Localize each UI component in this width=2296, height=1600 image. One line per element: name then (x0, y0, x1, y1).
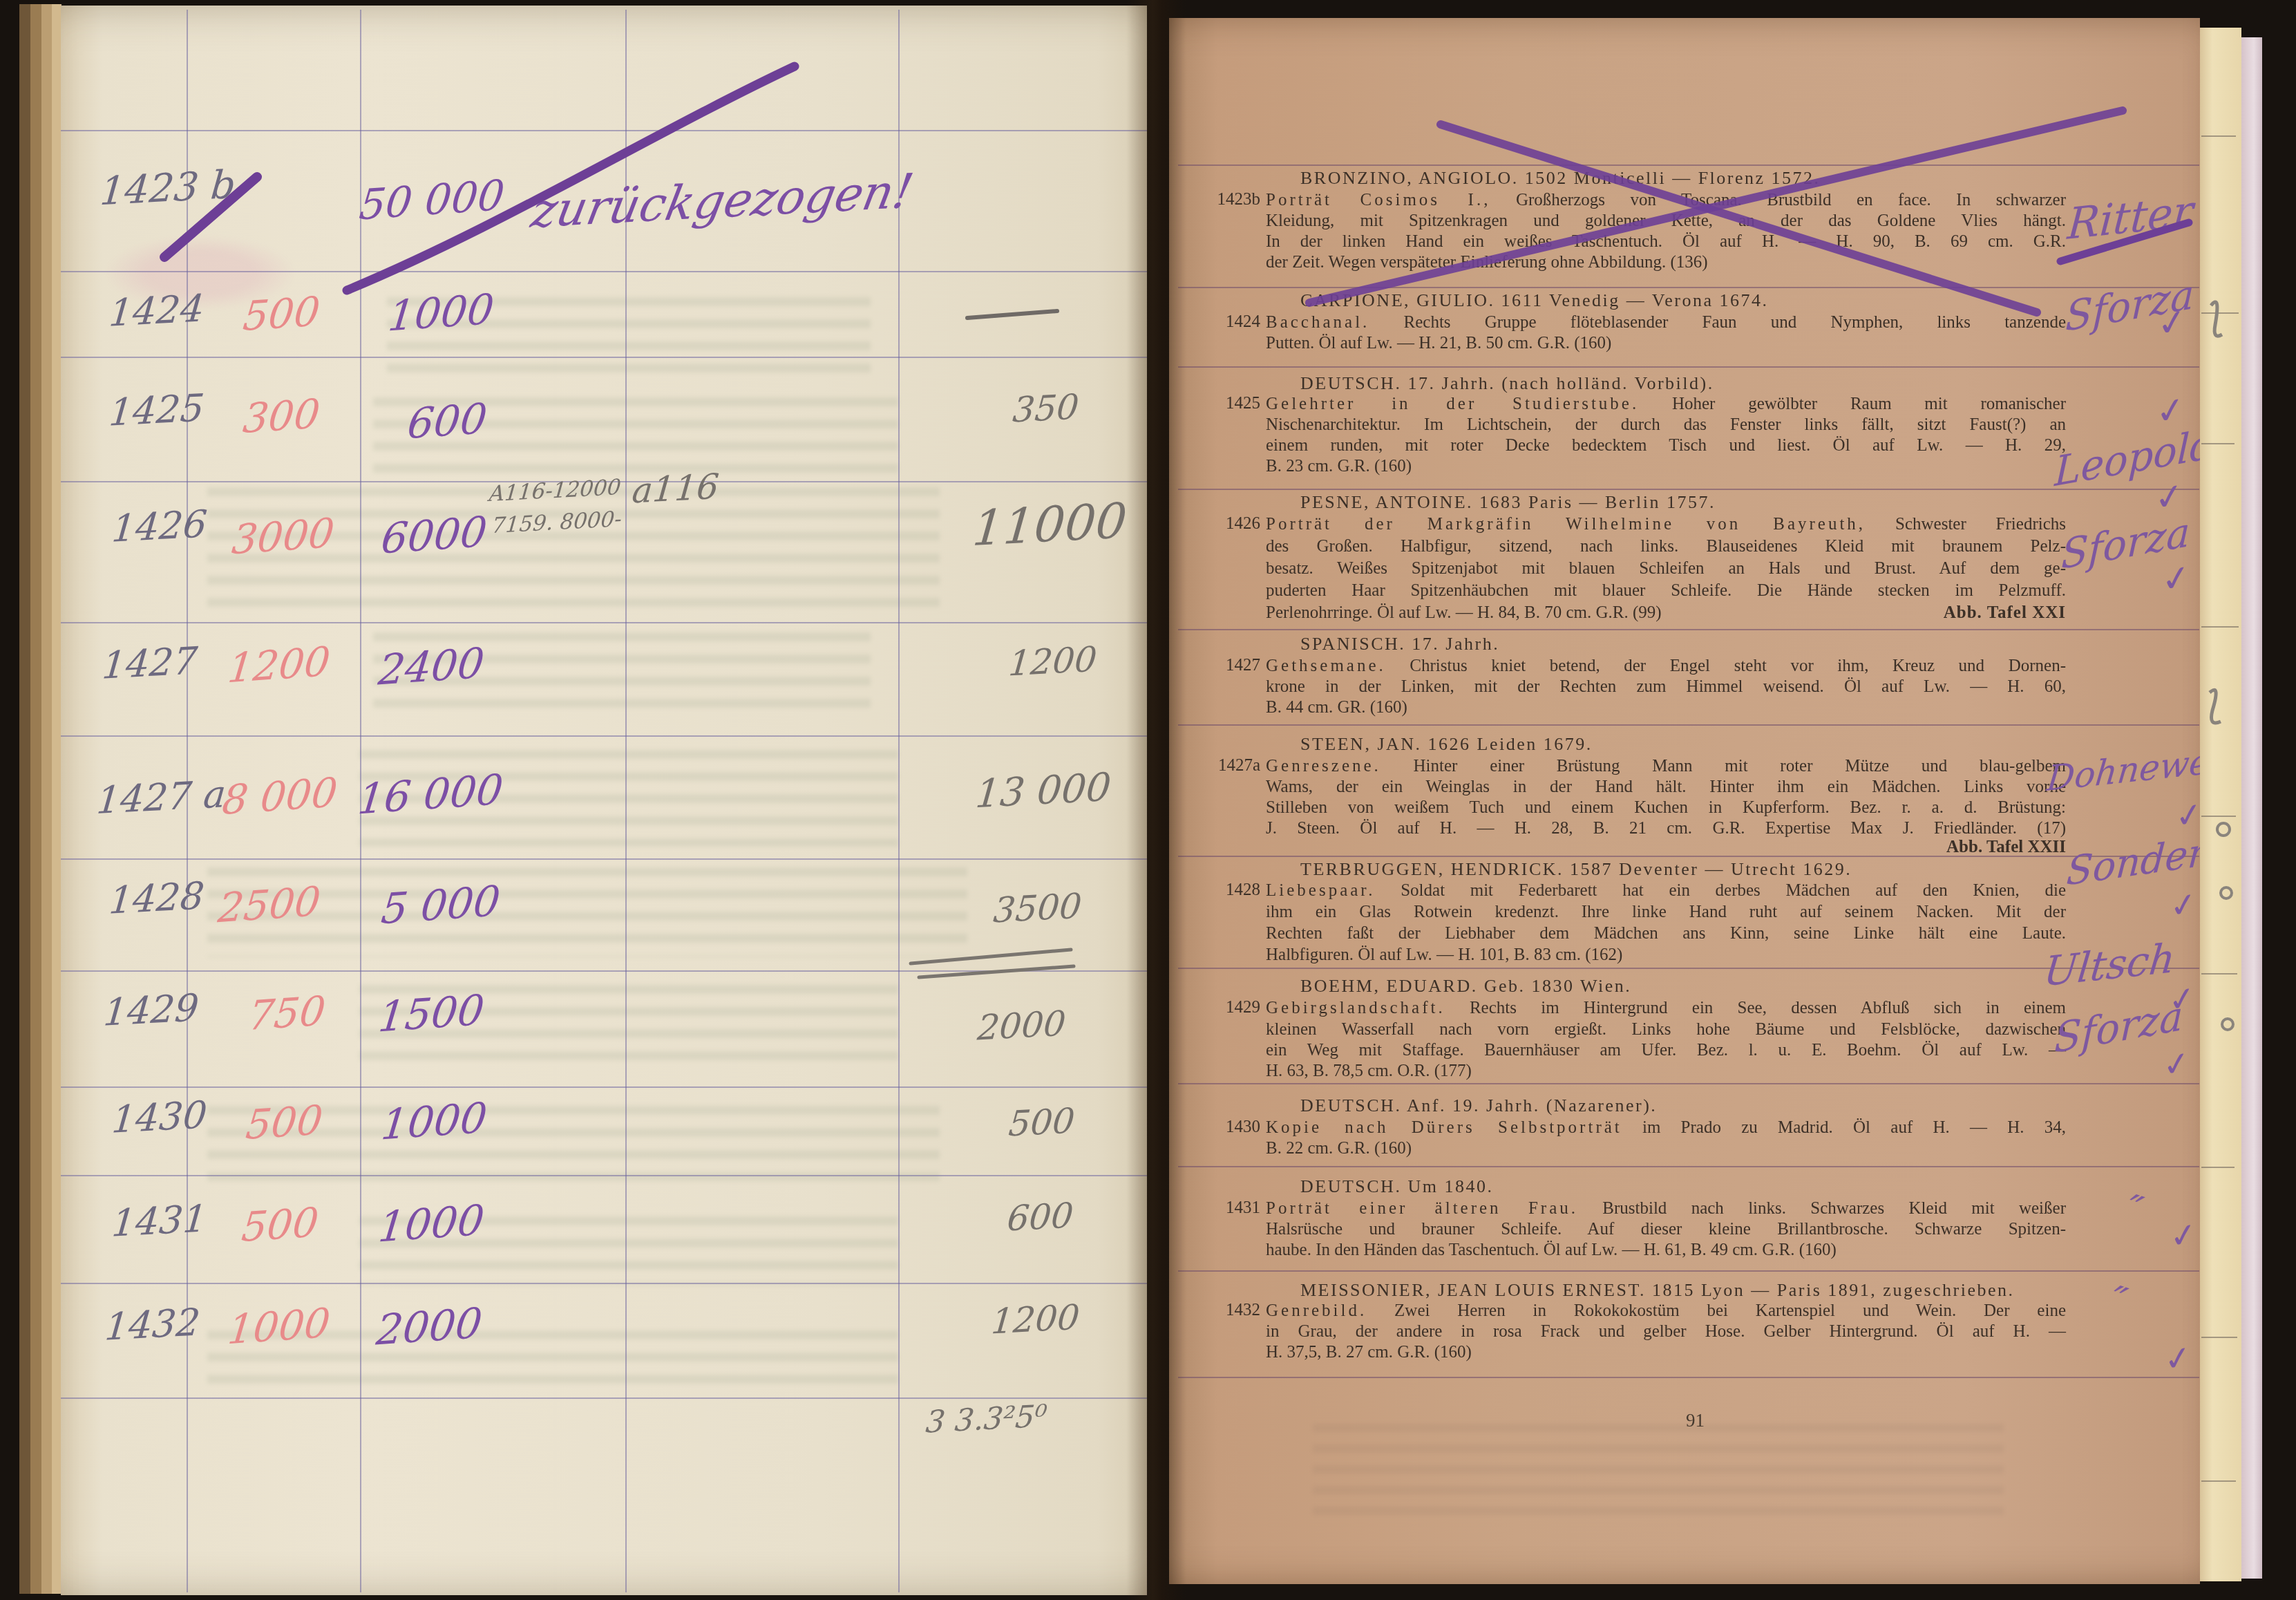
section-rule (1178, 629, 2199, 630)
ledger-rule (61, 1283, 1147, 1284)
result-price-pencil: 3500 (992, 885, 1083, 930)
result-price-pencil: 13 000 (974, 765, 1112, 818)
entry-text: Soldat mit Federbarett hat ein derbes Mä… (1376, 881, 2066, 900)
catalog-number: 1423b (1201, 190, 1260, 209)
limit-price-red: 300 (241, 390, 323, 442)
book-page-edges (41, 4, 52, 1594)
catalog-number: 1429 (1201, 998, 1260, 1017)
entry-line: Putten. Öl auf Lw. — H. 21, B. 50 cm. G.… (1266, 333, 2066, 354)
catalog-number: 1428 (1201, 881, 1260, 900)
entry-line: Nischenarchitektur. Im Lichtschein, der … (1266, 415, 2066, 435)
ledger-rule (61, 130, 1147, 131)
section-rule (1178, 489, 2199, 490)
lot-number: 1429 (102, 986, 200, 1035)
entry-line: puderten Haar Spitzenhäubchen mit blauer… (1266, 581, 2066, 601)
artist-header: DEUTSCH. Anf. 19. Jahrh. (Nazarener). (1300, 1095, 2067, 1116)
work-title: Gelehrter in der Studierstube. (1266, 395, 1639, 413)
entry-text: im Prado zu Madrid. Öl auf H. — H. 34, (1622, 1118, 2066, 1137)
checkmark: ✓ (2167, 1214, 2200, 1257)
entry-line: Gelehrter in der Studierstube. Hoher gew… (1266, 394, 2066, 415)
scanned-ledger-book: 1423 b 1424 1425 1426 1427 1427 a 1428 1… (0, 0, 2296, 1600)
ledger-rule (61, 271, 1147, 272)
next-page-edge (2200, 28, 2241, 1581)
limit-price-red: 3000 (230, 509, 336, 564)
entry-line: Halbfiguren. Öl auf Lw. — H. 101, B. 83 … (1266, 945, 2066, 966)
ledger-rule (61, 1175, 1147, 1176)
entry-line: H. 63, B. 78,5 cm. O.R. (177) (1266, 1061, 2066, 1082)
limit-price-red: 500 (244, 1096, 325, 1149)
entry-line: Rechten faßt der Liebhaber dem Mädchen a… (1266, 923, 2066, 944)
artist-header: DEUTSCH. 17. Jahrh. (nach holländ. Vorbi… (1300, 373, 2067, 394)
result-price-pencil: 2000 (976, 1003, 1068, 1048)
lot-number: 1426 (110, 502, 209, 551)
entry-line: Gethsemane. Christus kniet betend, der E… (1266, 656, 2066, 677)
entry-line: des Großen. Halbfigur, sitzend, nach lin… (1266, 536, 2066, 557)
estimate-price-purple: 1000 (376, 1196, 486, 1252)
ruled-tick (2201, 973, 2237, 975)
work-title: Gethsemane. (1266, 657, 1386, 675)
result-price-pencil: — (965, 292, 1005, 336)
artist-header: PESNE, ANTOINE. 1683 Paris — Berlin 1757… (1300, 492, 2067, 513)
entry-text: Rechts im Hintergrund ein See, dessen Ab… (1445, 999, 2066, 1017)
artist-header: MEISSONIER, JEAN LOUIS ERNEST. 1815 Lyon… (1300, 1280, 2067, 1301)
artist-header: TERBRUGGEN, HENDRICK. 1587 Deventer — Ut… (1300, 859, 2067, 880)
sum-note-pencil: 3 3.3²5⁰ (924, 1398, 1048, 1440)
limit-price-red: 2500 (216, 878, 323, 932)
show-through-text (1313, 1424, 2004, 1527)
ledger-rule (61, 970, 1147, 972)
entry-line: ein Weg mit Staffage. Bauernhäuser am Uf… (1266, 1040, 2066, 1061)
ledger-rule (61, 858, 1147, 860)
work-title: Liebespaar. (1266, 881, 1376, 900)
entry-line: B. 23 cm. G.R. (160) (1266, 456, 2066, 477)
entry-line: kleinen Wasserfall nach vorn ergießt. Li… (1266, 1019, 2066, 1040)
lot-number: 1428 (107, 874, 206, 923)
book-page-edges (30, 4, 41, 1594)
estimate-price-purple: 600 (405, 395, 489, 449)
work-title: Bacchanal. (1266, 313, 1369, 332)
catalog-number: 1432 (1201, 1301, 1260, 1320)
catalog-number: 1427 (1201, 656, 1260, 675)
ledger-column-rule (898, 10, 900, 1592)
checkmark: ✓ (2161, 1337, 2194, 1380)
work-title: Kopie nach Dürers Selbstporträt (1266, 1118, 1622, 1137)
ruled-tick (2201, 1167, 2235, 1168)
entry-text: Schwester Friedrichs (1866, 515, 2066, 534)
ledger-rule (61, 1086, 1147, 1088)
work-title: Genreszene. (1266, 757, 1381, 775)
ledger-rule (61, 735, 1147, 737)
book-gutter (1126, 0, 1186, 1600)
ruled-tick (2201, 1337, 2237, 1338)
section-rule (1178, 287, 2199, 288)
lot-number: 1427 a (95, 772, 227, 822)
ruled-tick (2201, 816, 2236, 817)
result-price-pencil: 350 (1012, 386, 1081, 430)
entry-text: Christus kniet betend, der Engel steht v… (1386, 657, 2066, 675)
limit-price-red: 750 (247, 987, 328, 1039)
catalog-number: 1431 (1201, 1198, 1260, 1218)
section-rule (1178, 164, 2199, 166)
entry-text: Rechts Gruppe flöteblasender Faun und Ny… (1369, 313, 2066, 332)
plate-reference: Abb. Tafel XXII (1266, 838, 2066, 857)
section-rule (1178, 724, 2199, 726)
book-page-edges (52, 4, 61, 1594)
entry-line: einem runden, mit roter Decke bedecktem … (1266, 435, 2066, 456)
ledger-rule (61, 1397, 1147, 1399)
result-price-pencil: 600 (1006, 1195, 1075, 1239)
section-rule (1178, 1270, 2199, 1272)
entry-text: Hoher gewölbter Raum mit romanischer (1639, 395, 2066, 413)
page-number: 91 (1686, 1410, 1705, 1431)
entry-line: Stilleben von weißem Tuch und einem Kuch… (1266, 798, 2066, 818)
result-price-pencil: 11000 (971, 492, 1130, 557)
ruled-tick (2201, 135, 2236, 137)
estimate-price-purple: 2000 (374, 1299, 484, 1355)
entry-line: Kleidung, mit Spitzenkragen und goldener… (1266, 211, 2066, 232)
artist-header: STEEN, JAN. 1626 Leiden 1679. (1300, 734, 2067, 755)
ledger-rule (61, 622, 1147, 623)
result-price-pencil: 1200 (1007, 639, 1099, 684)
ledger-rule (61, 357, 1147, 358)
lot-number: 1424 (107, 286, 206, 335)
pencil-reference: a116 (631, 467, 721, 511)
checkmark: ✓ (2167, 884, 2200, 926)
ruled-tick (2201, 1480, 2236, 1482)
checkmark: ✓ (2154, 301, 2190, 346)
ruled-tick (2201, 312, 2239, 314)
entry-line: in Grau, der andere in rosa Frack und ge… (1266, 1321, 2066, 1342)
ledger-column-rule (625, 10, 627, 1592)
estimate-price-purple: 1000 (379, 1093, 489, 1149)
limit-price-red: 8 000 (220, 769, 340, 824)
catalog-number: 1426 (1201, 514, 1260, 534)
entry-line: Perlenohrringe. Öl auf Lw. — H. 84, B. 7… (1266, 603, 2066, 623)
flyleaf-edge (2241, 37, 2262, 1579)
entry-text: Brustbild nach links. Schwarzes Kleid mi… (1578, 1199, 2066, 1218)
estimate-price-purple: 1000 (386, 285, 496, 341)
work-title: Genrebild. (1266, 1301, 1367, 1320)
entry-line: krone in der Linken, mit der Rechten zum… (1266, 677, 2066, 697)
ruled-tick (2201, 626, 2239, 628)
entry-line: Kopie nach Dürers Selbstporträt im Prado… (1266, 1118, 2066, 1138)
entry-text: Perlenohrringe. Öl auf Lw. — H. 84, B. 7… (1266, 603, 1662, 623)
limit-price-red: 500 (241, 288, 323, 340)
limit-price-red: 1200 (226, 638, 332, 693)
entry-line: B. 22 cm. G.R. (160) (1266, 1138, 2066, 1159)
entry-line: Bacchanal. Rechts Gruppe flöteblasender … (1266, 312, 2066, 333)
catalog-number: 1424 (1201, 312, 1260, 332)
entry-line: Genreszene. Hinter einer Brüstung Mann m… (1266, 756, 2066, 777)
work-title: Gebirgslandschaft. (1266, 999, 1445, 1017)
lot-number: 1425 (107, 386, 206, 435)
lot-number: 1432 (103, 1300, 202, 1349)
entry-line: B. 44 cm. GR. (160) (1266, 697, 2066, 718)
catalog-number: 1430 (1201, 1118, 1260, 1137)
entry-line: Genrebild. Zwei Herren in Rokokokostüm b… (1266, 1301, 2066, 1321)
entry-line: Porträt einer älteren Frau. Brustbild na… (1266, 1198, 2066, 1219)
artist-header: SPANISCH. 17. Jahrh. (1300, 634, 2067, 655)
entry-line: J. Steen. Öl auf H. — H. 28, B. 21 cm. G… (1266, 818, 2066, 839)
section-rule (1178, 366, 2199, 368)
entry-line: der Zeit. Wegen verspäteter Einlieferung… (1266, 252, 2066, 273)
catalog-number: 1425 (1201, 394, 1260, 413)
entry-line: Halsrüsche und brauner Schleife. Auf die… (1266, 1219, 2066, 1240)
estimate-price-purple: 2400 (376, 639, 486, 695)
entry-line: Porträt der Markgräfin Wilhelmine von Ba… (1266, 514, 2066, 535)
entry-line: In der linken Hand ein weißes Taschentuc… (1266, 232, 2066, 252)
limit-price-red: 500 (240, 1198, 321, 1251)
lot-number: 1430 (110, 1093, 209, 1142)
entry-line: Porträt Cosimos I., Großherzogs von Tosc… (1266, 190, 2066, 211)
work-title: Porträt einer älteren Frau. (1266, 1199, 1578, 1218)
artist-header: BOEHM, EDUARD. Geb. 1830 Wien. (1300, 976, 2067, 997)
entry-text: Großherzogs von Toscana. Brustbild en fa… (1490, 191, 2066, 209)
estimate-price-purple: 1500 (376, 986, 486, 1042)
lot-number: 1423 b (98, 162, 238, 215)
entry-line: besatz. Weißes Spitzenjabot mit blauen S… (1266, 558, 2066, 579)
entry-line: Wams, der ein Weinglas in der Hand hält.… (1266, 777, 2066, 798)
result-price-pencil: 500 (1007, 1100, 1076, 1144)
entry-line: ihm ein Glas Rotwein kredenzt. Ihre link… (1266, 902, 2066, 923)
entry-text: Zwei Herren in Rokokokostüm bei Kartensp… (1367, 1301, 2066, 1320)
lot-number: 1431 (110, 1196, 209, 1245)
checkmark: ✓ (2160, 1043, 2193, 1085)
result-price-pencil: 1200 (990, 1297, 1081, 1342)
artist-header: CARPIONE, GIULIO. 1611 Venedig — Verona … (1300, 290, 2067, 311)
entry-text: Hinter einer Brüstung Mann mit roter Müt… (1381, 757, 2066, 775)
lot-number: 1427 (100, 639, 199, 688)
entry-line: Liebespaar. Soldat mit Federbarett hat e… (1266, 881, 2066, 901)
entry-line: haube. In den Händen das Taschentuch. Öl… (1266, 1240, 2066, 1261)
limit-price-red: 1000 (226, 1299, 332, 1354)
book-page-edges (19, 4, 30, 1594)
work-title: Porträt der Markgräfin Wilhelmine von Ba… (1266, 515, 1866, 534)
plate-reference: Abb. Tafel XXI (1944, 603, 2066, 623)
section-rule (1178, 1377, 2199, 1378)
section-rule (1178, 1083, 2199, 1084)
estimate-price-purple: 5 000 (379, 877, 502, 934)
estimate-price-purple: 6000 (379, 507, 489, 563)
catalog-number: 1427a (1201, 756, 1260, 775)
entry-line: H. 37,5, B. 27 cm. G.R. (160) (1266, 1342, 2066, 1363)
work-title: Porträt Cosimos I., (1266, 191, 1490, 209)
entry-line: Gebirgslandschaft. Rechts im Hintergrund… (1266, 998, 2066, 1019)
artist-header: DEUTSCH. Um 1840. (1300, 1176, 2067, 1197)
ruled-tick (2201, 443, 2235, 444)
section-rule (1178, 1166, 2199, 1167)
artist-header: BRONZINO, ANGIOLO. 1502 Monticelli — Flo… (1300, 168, 2067, 189)
checkmark: ✓ (2159, 556, 2194, 601)
